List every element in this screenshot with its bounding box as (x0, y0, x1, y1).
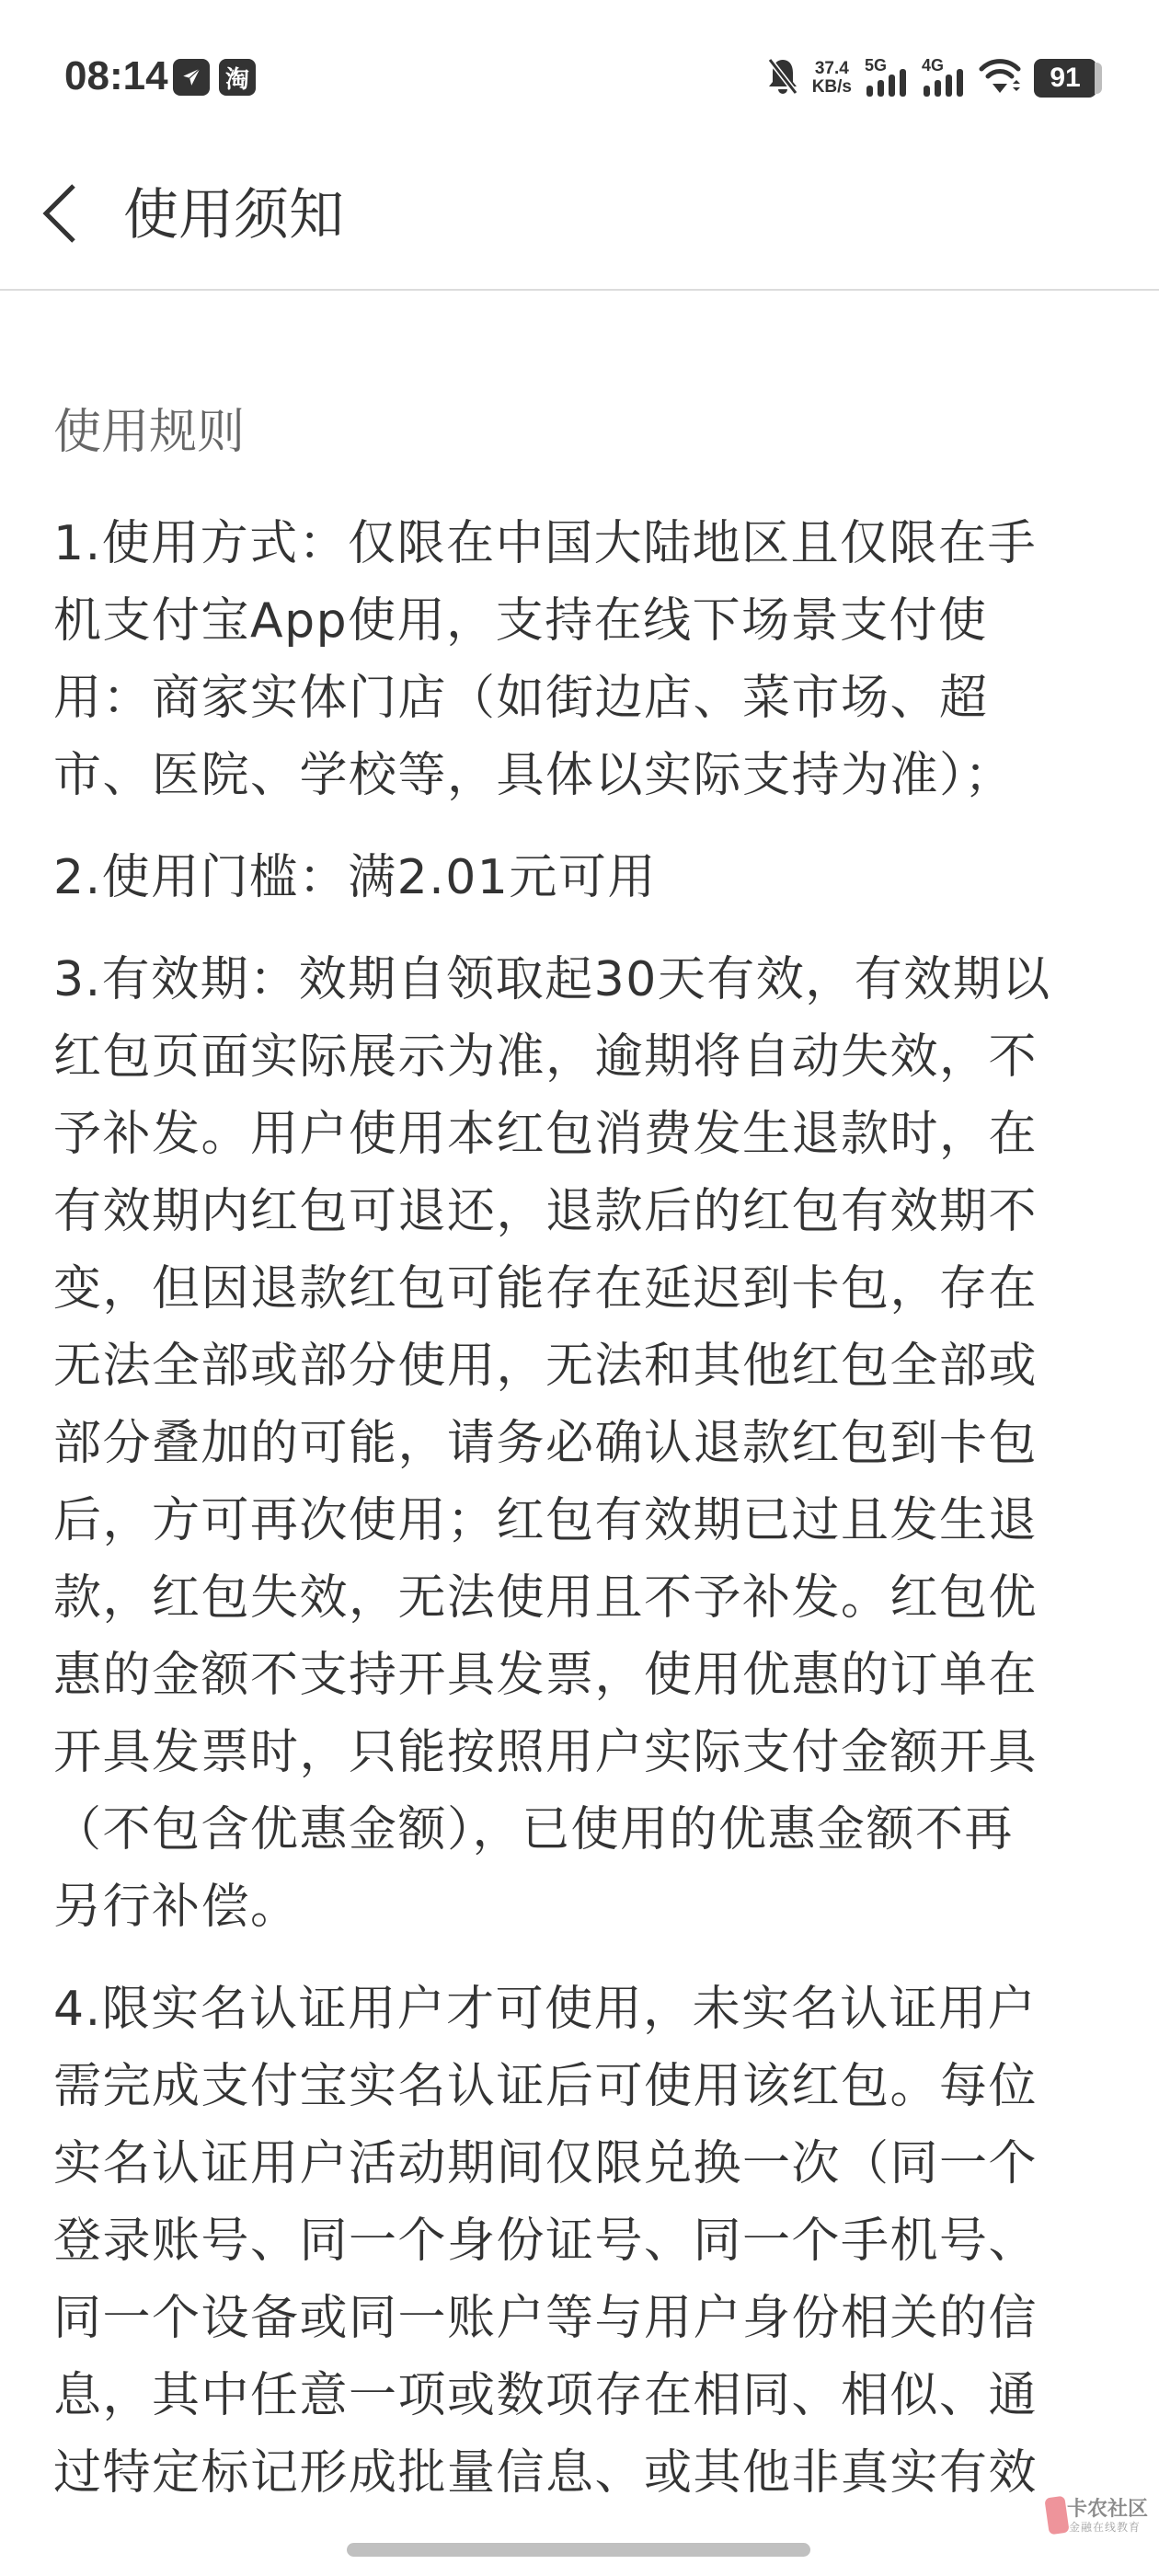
rule-line: 无法全部或部分使用，无法和其他红包全部或 (53, 1328, 1111, 1405)
rule-line: 开具发票时，只能按照用户实际支付金额开具 (53, 1714, 1111, 1791)
section-title: 使用规则 (53, 394, 245, 471)
rule-line: 红包页面实际展示为准，逾期将自动失效，不 (53, 1018, 1111, 1096)
signal-5g-label: 5G (865, 56, 887, 75)
rule-line: 4.限实名认证用户才可使用，未实名认证用户 (53, 1971, 1111, 2048)
rule-line: （不包含优惠金额），已使用的优惠金额不再 (53, 1791, 1111, 1869)
rule-line: 机支付宝App使用，支持在线下场景支付使 (53, 582, 1111, 660)
rule-line: 过特定标记形成批量信息、或其他非真实有效 (53, 2434, 1111, 2512)
rule-line: 1.使用方式：仅限在中国大陆地区且仅限在手 (53, 505, 1111, 582)
network-speed-unit: KB/s (812, 78, 852, 97)
rule-line: 市、医院、学校等，具体以实际支持为准）； (53, 737, 1111, 814)
status-indicators: 37.4 KB/s 5G 4G 91 (766, 57, 1106, 99)
rules-list: 1.使用方式：仅限在中国大陆地区且仅限在手 机支付宝App使用，支持在线下场景支… (53, 505, 1111, 2536)
rule-line: 惠的金额不支持开具发票，使用优惠的订单在 (53, 1637, 1111, 1714)
rule-line: 用：商家实体门店（如街边店、菜市场、超 (53, 660, 1111, 737)
signal-4g-label: 4G (922, 56, 944, 75)
rule-line: 另行补偿。 (53, 1869, 1111, 1946)
battery-icon: 91 (1034, 59, 1106, 98)
rule-line: 予补发。用户使用本红包消费发生退款时，在 (53, 1096, 1111, 1173)
rule-item-3: 3.有效期：效期自领取起30天有效，有效期以 红包页面实际展示为准，逾期将自动失… (53, 941, 1111, 1946)
rule-line: 需完成支付宝实名认证后可使用该红包。每位 (53, 2048, 1111, 2125)
signal-4g-icon: 4G (922, 58, 966, 98)
rule-item-2: 2.使用门槛：满2.01元可用 (53, 839, 1111, 916)
rule-line: 3.有效期：效期自领取起30天有效，有效期以 (53, 941, 1111, 1018)
status-time: 08:14 (64, 53, 168, 99)
network-speed: 37.4 KB/s (812, 60, 852, 97)
rule-line: 2.使用门槛：满2.01元可用 (53, 839, 1111, 916)
rule-line: 息，其中任意一项或数项存在相同、相似、通 (53, 2357, 1111, 2434)
mute-bell-icon (766, 56, 799, 100)
rule-line: 部分叠加的可能，请务必确认退款红包到卡包 (53, 1405, 1111, 1482)
watermark-subtitle: 金融在线教育 (1069, 2519, 1141, 2535)
page-header: 使用须知 (0, 147, 1159, 291)
rule-item-4: 4.限实名认证用户才可使用，未实名认证用户 需完成支付宝实名认证后可使用该红包。… (53, 1971, 1111, 2512)
rule-line: 有效期内红包可退还，退款后的红包有效期不 (53, 1173, 1111, 1250)
rule-line: 登录账号、同一个身份证号、同一个手机号、 (53, 2202, 1111, 2280)
page-title: 使用须知 (123, 178, 344, 252)
rule-line: 后，方可再次使用；红包有效期已过且发生退 (53, 1482, 1111, 1559)
rule-line: 款，红包失效，无法使用且不予补发。红包优 (53, 1559, 1111, 1637)
watermark: 卡农社区 金融在线教育 (1047, 2493, 1157, 2539)
chevron-left-icon (28, 173, 92, 256)
watermark-logo-icon (1044, 2496, 1069, 2536)
watermark-title: 卡农社区 (1067, 2493, 1148, 2522)
status-bar: 08:14 淘 37.4 KB/s 5G 4G (0, 0, 1159, 147)
telegram-icon (173, 59, 210, 96)
rule-line: 实名认证用户活动期间仅限兑换一次（同一个 (53, 2125, 1111, 2202)
network-speed-value: 37.4 (812, 60, 852, 78)
signal-5g-icon: 5G (865, 58, 909, 98)
rule-item-1: 1.使用方式：仅限在中国大陆地区且仅限在手 机支付宝App使用，支持在线下场景支… (53, 505, 1111, 814)
home-gesture-bar[interactable] (347, 2543, 810, 2557)
battery-level: 91 (1034, 59, 1096, 98)
wifi-icon (979, 56, 1021, 100)
rule-line: 同一个设备或同一账户等与用户身份相关的信 (53, 2280, 1111, 2357)
taobao-icon: 淘 (219, 59, 256, 96)
rule-line: 变，但因退款红包可能存在延迟到卡包，存在 (53, 1250, 1111, 1328)
back-button[interactable] (28, 173, 92, 256)
